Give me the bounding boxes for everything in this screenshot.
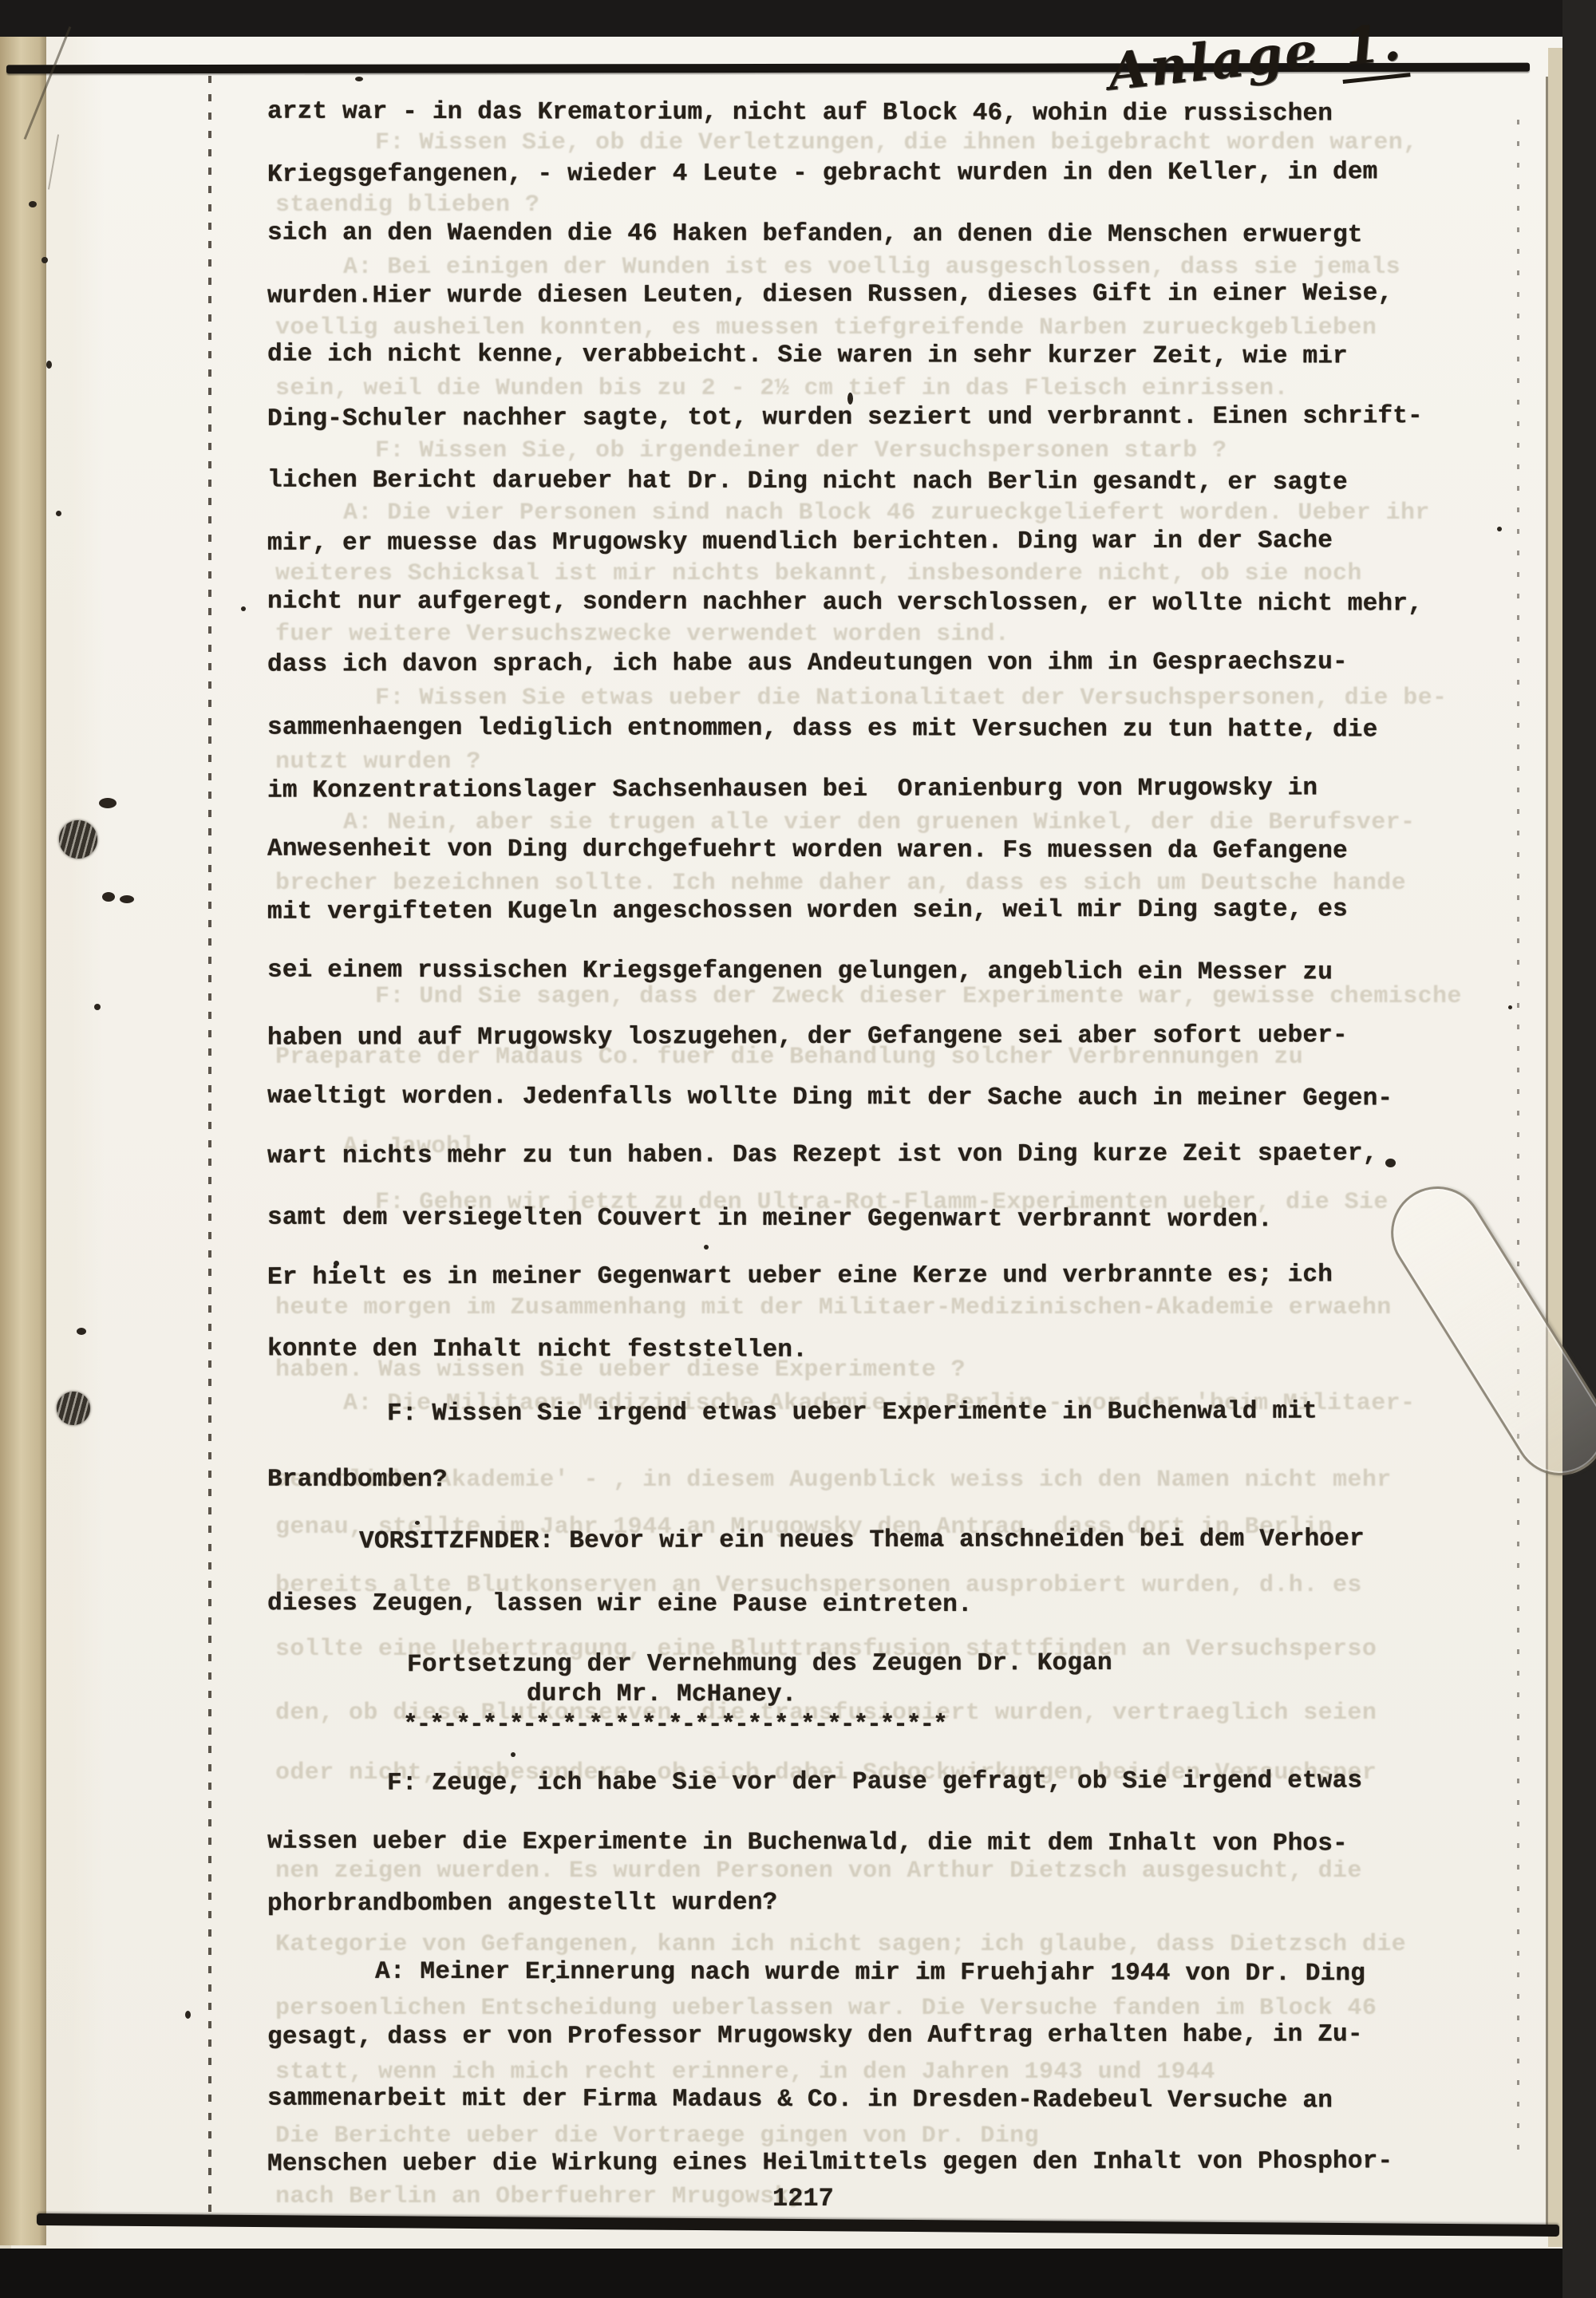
ink-speck <box>847 393 853 405</box>
ghost-line: weiteres Schicksal ist mir nichts bekann… <box>275 560 1362 587</box>
ghost-line: nutzt wurden ? <box>275 748 481 776</box>
ink-speck <box>56 511 61 516</box>
typed-line: gesagt, dass er von Professor Mrugowsky … <box>267 2020 1363 2051</box>
ghost-line: voellig ausheilen konnten, es muessen ti… <box>275 314 1377 342</box>
typed-line: sammenarbeit mit der Firma Madaus & Co. … <box>267 2085 1333 2115</box>
ghost-line: A: Die vier Personen sind nach Block 46 … <box>343 499 1430 527</box>
ghost-line: F: Wissen Sie etwas ueber die Nationalit… <box>375 685 1447 712</box>
typed-line: sei einem russischen Kriegsgefangenen ge… <box>267 957 1333 987</box>
ghost-line: statt, wenn ich mich recht erinnere, in … <box>275 2059 1215 2086</box>
annotation-number: 1. <box>1337 12 1411 84</box>
ink-speck <box>77 1328 86 1335</box>
ghost-line: persoenlichen Entscheidung ueberlassen w… <box>275 1995 1377 2022</box>
ink-speck <box>415 1521 420 1525</box>
typed-line: durch Mr. McHaney. <box>527 1680 797 1709</box>
ghost-line: staendig blieben ? <box>275 191 539 219</box>
typed-line: Er hielt es in meiner Gegenwart ueber ei… <box>267 1261 1333 1291</box>
ink-speck <box>94 1004 101 1010</box>
ghost-line: F: Wissen Sie, ob irgendeiner der Versuc… <box>375 437 1227 464</box>
typed-line: wurden.Hier wurde diesen Leuten, diesen … <box>267 279 1393 310</box>
typed-line: Brandbomben? <box>267 1466 448 1494</box>
ink-speck <box>102 892 115 902</box>
ghost-line: nen zeigen wuerden. Es wurden Personen v… <box>275 1858 1362 1885</box>
ink-speck <box>99 798 117 808</box>
punch-hole <box>57 1392 90 1425</box>
typed-line: wissen ueber die Experimente in Buchenwa… <box>267 1828 1348 1858</box>
typed-line: F: Wissen Sie irgend etwas ueber Experim… <box>387 1398 1317 1428</box>
ink-speck <box>1508 1005 1512 1009</box>
typed-line: konnte den Inhalt nicht feststellen. <box>267 1335 808 1364</box>
typed-line: F: Zeuge, ich habe Sie vor der Pause gef… <box>387 1767 1362 1798</box>
ink-speck <box>1497 527 1502 531</box>
ink-speck <box>334 1261 339 1266</box>
ink-speck <box>551 1979 555 1983</box>
ink-speck <box>185 2011 191 2019</box>
left-dashed-fold-line <box>208 76 211 2222</box>
ghost-line: A: Nein, aber sie trugen alle vier den g… <box>343 809 1415 836</box>
typed-line: im Konzentrationslager Sachsenhausen bei… <box>267 774 1317 804</box>
ink-speck <box>1385 1159 1396 1167</box>
ghost-line: Kategorie von Gefangenen, kann ich nicht… <box>275 1931 1406 1958</box>
typed-line: Menschen ueber die Wirkung eines Heilmit… <box>267 2147 1393 2178</box>
typed-line: samt dem versiegelten Couvert in meiner … <box>267 1204 1273 1234</box>
scanned-document-screenshot: Anlage1. F: Wissen Sie, ob die Verletzun… <box>0 0 1596 2298</box>
typed-line: A: Meiner Erinnerung nach wurde mir im F… <box>375 1958 1365 1988</box>
paper-edge-line <box>1546 77 1548 2231</box>
typed-line: sich an den Waenden die 46 Haken befande… <box>267 219 1363 250</box>
ink-speck <box>41 257 48 263</box>
typed-line: die ich nicht kenne, verabbeicht. Sie wa… <box>267 341 1348 371</box>
ghost-line: nach Berlin an Oberfuehrer Mrugowsky <box>275 2183 804 2210</box>
typed-line: sammenhaengen lediglich entnommen, dass … <box>267 714 1378 744</box>
ghost-line: F: Und Sie sagen, dass der Zweck dieser … <box>375 983 1462 1010</box>
ink-speck <box>355 77 363 81</box>
ghost-line: F: Wissen Sie, ob die Verletzungen, die … <box>375 129 1418 156</box>
scan-right-band <box>1562 0 1596 2298</box>
typed-line: arzt war - in das Krematorium, nicht auf… <box>267 98 1333 128</box>
ink-speck <box>241 606 246 611</box>
typed-line: mit vergifteten Kugeln angeschossen word… <box>267 895 1348 926</box>
ghost-line: heute morgen im Zusammenhang mit der Mil… <box>275 1294 1392 1321</box>
typed-line: waeltigt worden. Jedenfalls wollte Ding … <box>267 1083 1393 1113</box>
typed-line: dass ich davon sprach, ich habe aus Ande… <box>267 648 1348 678</box>
ghost-line: sein, weil die Wunden bis zu 2 - 2½ cm t… <box>275 375 1289 402</box>
ink-speck <box>46 361 52 369</box>
ink-speck <box>511 1752 516 1757</box>
typed-line: nicht nur aufgeregt, sondern nachher auc… <box>267 587 1423 618</box>
typed-line: dieses Zeugen, lassen wir eine Pause ein… <box>267 1589 973 1619</box>
typed-line: Anwesenheit von Ding durchgefuehrt worde… <box>267 835 1348 866</box>
typed-line: lichen Bericht darueber hat Dr. Ding nic… <box>267 467 1348 497</box>
paper-edge-strip <box>1548 48 1562 2247</box>
asterisk-separator: *-*-*-*-*-*-*-*-*-*-*-*-*-*-*-*-*-*-*-*-… <box>403 1711 946 1739</box>
punch-hole <box>59 820 97 859</box>
typed-line: mir, er muesse das Mrugowsky muendlich b… <box>267 527 1333 557</box>
ink-speck <box>29 201 37 207</box>
scan-bottom-band <box>0 2249 1596 2298</box>
ghost-line: brecher bezeichnen sollte. Ich nehme dah… <box>275 870 1406 897</box>
ink-speck <box>704 1245 709 1250</box>
typed-line: Fortsetzung der Vernehmung des Zeugen Dr… <box>407 1649 1112 1679</box>
typed-line: phorbrandbomben angestellt wurden? <box>267 1889 777 1918</box>
typed-line: Ding-Schuler nachher sagte, tot, wurden … <box>267 402 1423 433</box>
typed-line: haben und auf Mrugowsky loszugehen, der … <box>267 1021 1348 1052</box>
ghost-line: Die Berichte ueber die Vortraege gingen … <box>275 2122 1039 2150</box>
right-dotted-line <box>1517 120 1519 2162</box>
typed-line: VORSITZFNDER: Bevor wir ein neues Thema … <box>359 1525 1365 1555</box>
ink-speck <box>120 895 134 903</box>
left-binding-edge <box>0 37 46 2245</box>
ghost-line: A: Bei einigen der Wunden ist es voellig… <box>343 254 1400 281</box>
typed-line: Kriegsgefangenen, - wieder 4 Leute - geb… <box>267 158 1378 188</box>
ghost-line: fuer weitere Versuchszwecke verwendet wo… <box>275 621 1009 648</box>
page-number: 1217 <box>772 2184 834 2213</box>
typed-line: wart nichts mehr zu tun haben. Das Rezep… <box>267 1139 1378 1170</box>
